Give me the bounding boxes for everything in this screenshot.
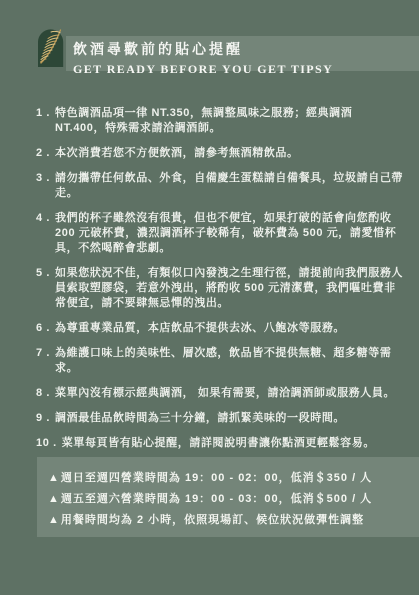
triangle-bullet-icon: ▲ [48, 493, 60, 505]
hours-text: 週日至週四營業時間為 19：00 - 02：00，低消＄350 / 人 [61, 472, 372, 484]
notice-number: 3 . [36, 171, 50, 201]
notice-text: 我們的杯子雖然沒有很貴，但也不便宜，如果打破的話會向您酌收 200 元破杯費，濃… [55, 211, 404, 256]
hours-text: 週五至週六營業時間為 19：00 - 03：00，低消＄500 / 人 [61, 493, 372, 505]
notice-text: 本次消費若您不方便飲酒，請參考無酒精飲品。 [55, 146, 404, 161]
notice-item-4: 4 . 我們的杯子雖然沒有很貴，但也不便宜，如果打破的話會向您酌收 200 元破… [36, 211, 404, 256]
notice-number: 7 . [36, 346, 50, 376]
notice-text: 菜單每頁皆有貼心提醒，請詳閱說明書讓你點酒更輕鬆容易。 [62, 436, 404, 451]
dining-time-line: ▲用餐時間均為 2 小時，依照現場訂、候位狀況做彈性調整 [48, 510, 413, 531]
notice-text: 如果您狀況不佳，有類似口內發洩之生理行徑，請提前向我們服務人員索取塑膠袋，若意外… [55, 266, 404, 311]
notice-item-1: 1 . 特色調酒品項一律 NT.350，無調整風味之服務；經典調酒 NT.400… [36, 106, 404, 136]
notice-text: 菜單內沒有標示經典調酒， 如果有需要，請洽調酒師或服務人員。 [55, 386, 404, 401]
page-subtitle: GET READY BEFORE YOU GET TIPSY [73, 62, 333, 77]
notice-number: 4 . [36, 211, 50, 256]
notice-text: 請勿攜帶任何飲品、外食，自備慶生蛋糕請自備餐具，垃圾請自己帶走。 [55, 171, 404, 201]
palm-leaf-logo [37, 27, 65, 67]
notice-item-8: 8 . 菜單內沒有標示經典調酒， 如果有需要，請洽調酒師或服務人員。 [36, 386, 404, 401]
business-hours-panel: ▲週日至週四營業時間為 19：00 - 02：00，低消＄350 / 人 ▲週五… [37, 457, 419, 537]
notice-number: 9 . [36, 411, 50, 426]
notice-number: 6 . [36, 321, 50, 336]
notice-item-10: 10 . 菜單每頁皆有貼心提醒，請詳閱說明書讓你點酒更輕鬆容易。 [36, 436, 404, 451]
notice-text: 為維護口味上的美味性、層次感，飲品皆不提供無糖、超多糖等需求。 [55, 346, 404, 376]
notice-number: 1 . [36, 106, 50, 136]
notice-item-6: 6 . 為尊重專業品質，本店飲品不提供去冰、八飽冰等服務。 [36, 321, 404, 336]
dining-time-text: 用餐時間均為 2 小時，依照現場訂、候位狀況做彈性調整 [61, 514, 364, 526]
notice-item-3: 3 . 請勿攜帶任何飲品、外食，自備慶生蛋糕請自備餐具，垃圾請自己帶走。 [36, 171, 404, 201]
notice-number: 10 . [36, 436, 57, 451]
notice-item-7: 7 . 為維護口味上的美味性、層次感，飲品皆不提供無糖、超多糖等需求。 [36, 346, 404, 376]
hours-line-sun-thu: ▲週日至週四營業時間為 19：00 - 02：00，低消＄350 / 人 [48, 468, 413, 489]
page-title: 飲酒尋歡前的貼心提醒 [73, 39, 333, 59]
notice-item-9: 9 . 調酒最佳品飲時間為三十分鐘，請抓緊美味的一段時間。 [36, 411, 404, 426]
notice-list: 1 . 特色調酒品項一律 NT.350，無調整風味之服務；經典調酒 NT.400… [36, 106, 404, 461]
notice-text: 調酒最佳品飲時間為三十分鐘，請抓緊美味的一段時間。 [55, 411, 404, 426]
notice-text: 特色調酒品項一律 NT.350，無調整風味之服務；經典調酒 NT.400，特殊需… [55, 106, 404, 136]
notice-item-5: 5 . 如果您狀況不佳，有類似口內發洩之生理行徑，請提前向我們服務人員索取塑膠袋… [36, 266, 404, 311]
notice-number: 2 . [36, 146, 50, 161]
triangle-bullet-icon: ▲ [48, 514, 60, 526]
triangle-bullet-icon: ▲ [48, 472, 60, 484]
header: 飲酒尋歡前的貼心提醒 GET READY BEFORE YOU GET TIPS… [73, 39, 333, 77]
notice-number: 8 . [36, 386, 50, 401]
notice-number: 5 . [36, 266, 50, 311]
hours-line-fri-sat: ▲週五至週六營業時間為 19：00 - 03：00，低消＄500 / 人 [48, 489, 413, 510]
notice-text: 為尊重專業品質，本店飲品不提供去冰、八飽冰等服務。 [55, 321, 404, 336]
notice-item-2: 2 . 本次消費若您不方便飲酒，請參考無酒精飲品。 [36, 146, 404, 161]
palm-leaf-logo-graphic [37, 27, 65, 67]
